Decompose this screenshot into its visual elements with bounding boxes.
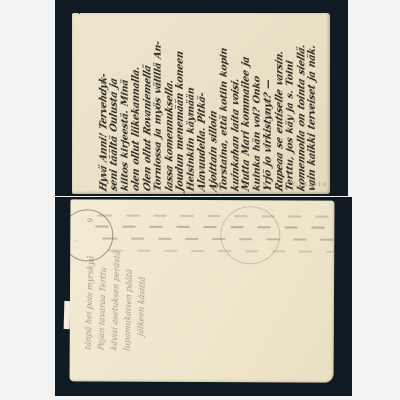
handwriting-line: seni täältä Oulusta ja bbox=[109, 18, 120, 193]
handwriting-line: olen ollut liikekannalla. bbox=[131, 18, 142, 193]
handwriting-line: Joudun menemään koneen bbox=[175, 18, 186, 193]
handwriting-line: Terttu, jos käy ja s. Toini bbox=[285, 18, 296, 192]
handwriting-line: Olen ollut Rovaniemellä bbox=[142, 17, 153, 193]
pencil-note-block: tänpä hei pois myrskyäPojan tavaraa Tert… bbox=[82, 211, 151, 351]
handwriting-line: lassa komennuksella. bbox=[164, 17, 175, 193]
handwriting-line: Mutta Mari kommailee ja bbox=[241, 18, 252, 193]
postmark-smudge: :. bbox=[73, 238, 80, 243]
handwriting-line: Torniossa ja myös välillä An- bbox=[153, 18, 164, 192]
postcard-address-side: 9 :. 13.7.4- tänpä hei pois myrskyäPojan… bbox=[70, 199, 335, 382]
handwriting-line: Hyvä Anni! Tervehdyk- bbox=[98, 17, 109, 193]
handwriting-line: Alavuudella. Pitkä- bbox=[197, 18, 208, 193]
handwriting-line: Ajoittain silloin bbox=[208, 17, 219, 193]
handwriting-block: Hyvä Anni! Tervehdyk-seni täältä Oulusta… bbox=[98, 19, 318, 191]
top-postcard-photo: 29.6.40 Hyvä Anni! Tervehdyk-seni täältä… bbox=[55, 0, 348, 196]
handwriting-line: komennolla on tointa siellä. bbox=[296, 17, 307, 193]
handwriting-line: Torstaina, että kotiin kopin bbox=[219, 18, 230, 192]
auction-scan-page: 29.6.40 Hyvä Anni! Tervehdyk-seni täältä… bbox=[0, 0, 400, 400]
handwritten-date: 29.6.40 bbox=[72, 13, 83, 15]
handwriting-line: Helsinkiin käymään bbox=[186, 18, 197, 192]
handwriting-line: vain kaikki terveiset ja näk. bbox=[307, 18, 318, 193]
bottom-postcard-photo: 9 :. 13.7.4- tänpä hei pois myrskyäPojan… bbox=[55, 197, 352, 396]
handwriting-line: kiitos kirjeestä. Minä bbox=[120, 18, 131, 192]
handwriting-line: kuinkahan laita voisi. bbox=[230, 17, 241, 193]
handwriting-line: Rupeaa se entiselle varsin. bbox=[274, 17, 285, 193]
handwriting-line: kuinka hän voi? Onko bbox=[252, 18, 263, 192]
handwriting-line: Yrjö jo virkistynyt? — bbox=[263, 18, 274, 193]
pencil-date: 13.7.4- bbox=[70, 199, 83, 201]
pencil-catalog-note: C16 010 bbox=[293, 182, 328, 188]
postcard-message-side: 29.6.40 Hyvä Anni! Tervehdyk-seni täältä… bbox=[72, 13, 330, 194]
